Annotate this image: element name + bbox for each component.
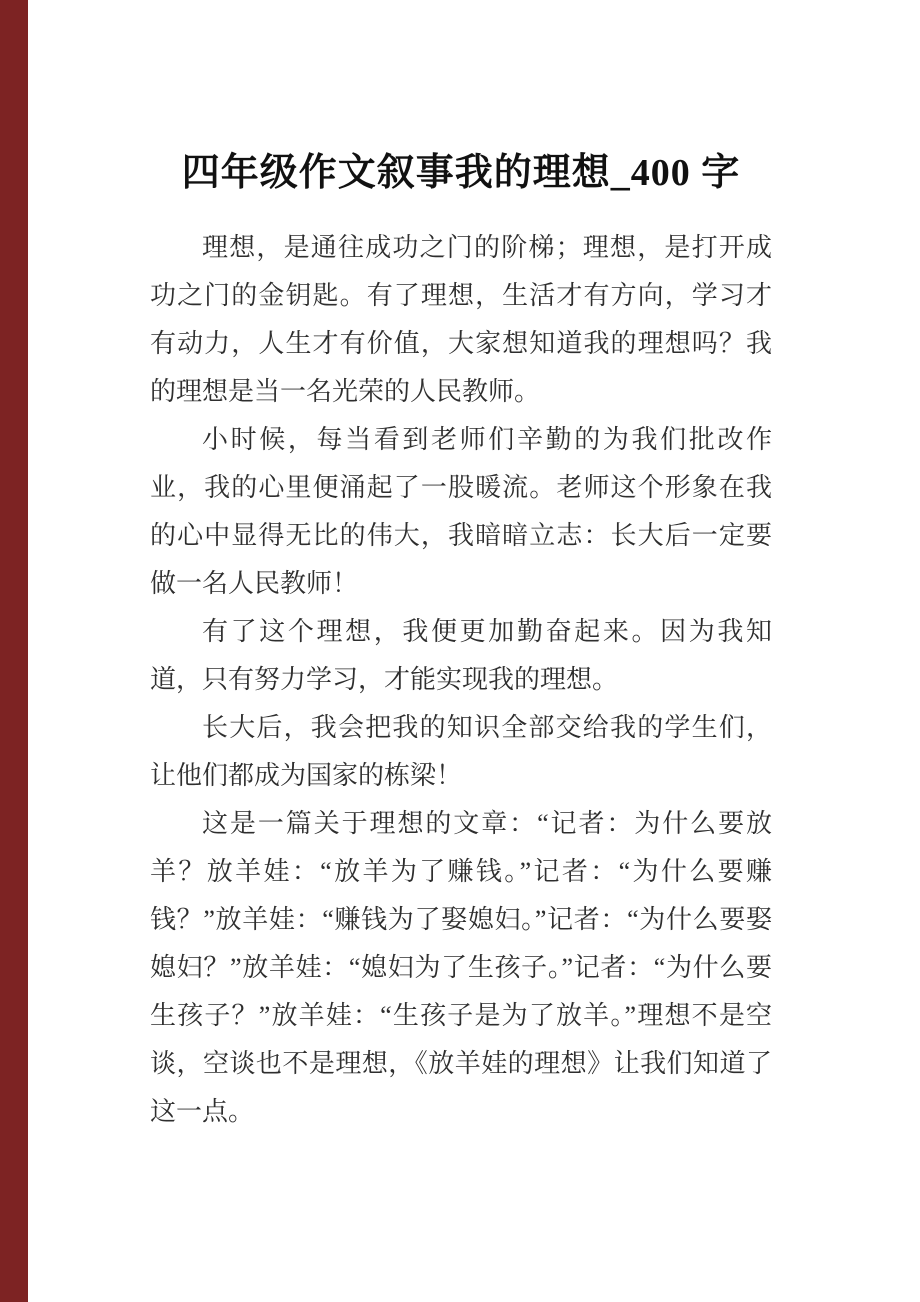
document-body: 理想，是通往成功之门的阶梯；理想，是打开成功之门的金钥匙。有了理想，生活才有方向… (150, 224, 772, 1136)
left-accent-bar (0, 0, 28, 1302)
paragraph: 有了这个理想，我便更加勤奋起来。因为我知道，只有努力学习，才能实现我的理想。 (150, 608, 772, 704)
paragraph: 理想，是通往成功之门的阶梯；理想，是打开成功之门的金钥匙。有了理想，生活才有方向… (150, 224, 772, 416)
document-page: 四年级作文叙事我的理想_400 字 理想，是通往成功之门的阶梯；理想，是打开成功… (28, 0, 920, 1302)
paragraph: 长大后，我会把我的知识全部交给我的学生们，让他们都成为国家的栋梁！ (150, 704, 772, 800)
page-title: 四年级作文叙事我的理想_400 字 (150, 141, 772, 196)
paragraph: 这是一篇关于理想的文章：“记者：为什么要放羊？放羊娃：“放羊为了赚钱。”记者：“… (150, 800, 772, 1136)
paragraph: 小时候，每当看到老师们辛勤的为我们批改作业，我的心里便涌起了一股暖流。老师这个形… (150, 416, 772, 608)
